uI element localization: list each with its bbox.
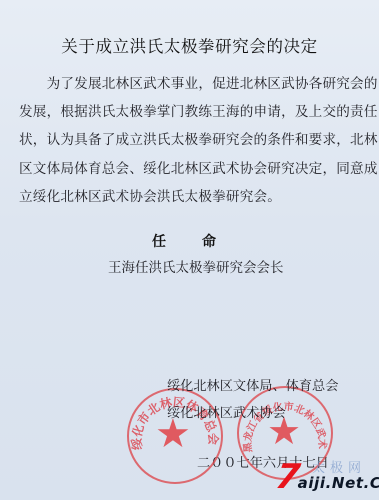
document-page: 关于成立洪氏太极拳研究会的决定 为了发展北林区武术事业，促进北林区武协各研究会的… — [0, 0, 379, 500]
document-body: 为了发展北林区武术事业，促进北林区武协各研究会的 发展，根据洪氏太极拳掌门教练王… — [19, 70, 353, 211]
body-line: 区文体局体育总会、绥化北林区武术协会研究决定，同意成 — [19, 155, 353, 183]
watermark-site-name: aiji.Net.Cn — [298, 474, 379, 492]
appointment-heading-left: 任 — [152, 231, 166, 251]
body-line: 为了发展北林区武术事业，促进北林区武协各研究会的 — [19, 70, 353, 98]
site-watermark: 7 aiji.Net.Cn — [276, 462, 379, 492]
appointment-heading-right: 命 — [202, 231, 216, 251]
document-title: 关于成立洪氏太极拳研究会的决定 — [0, 33, 379, 57]
signature-line-1: 绥化北林区文体局、体育总会 — [167, 375, 338, 394]
body-line: 状，认为具备了成立洪氏太极拳研究会的条件和要求，北林 — [19, 126, 353, 154]
signature-line-2: 绥化北林区武术协会 — [167, 402, 286, 421]
watermark-logo-seven: 7 — [274, 462, 302, 492]
appointment-heading: 任命 — [152, 231, 216, 251]
appointment-text: 王海任洪氏太极拳研究会会长 — [108, 256, 284, 276]
body-line: 发展，根据洪氏太极拳掌门教练王海的申请，及上交的责任 — [19, 98, 353, 126]
body-line: 立绥化北林区武术协会洪氏太极拳研究会。 — [19, 183, 353, 211]
